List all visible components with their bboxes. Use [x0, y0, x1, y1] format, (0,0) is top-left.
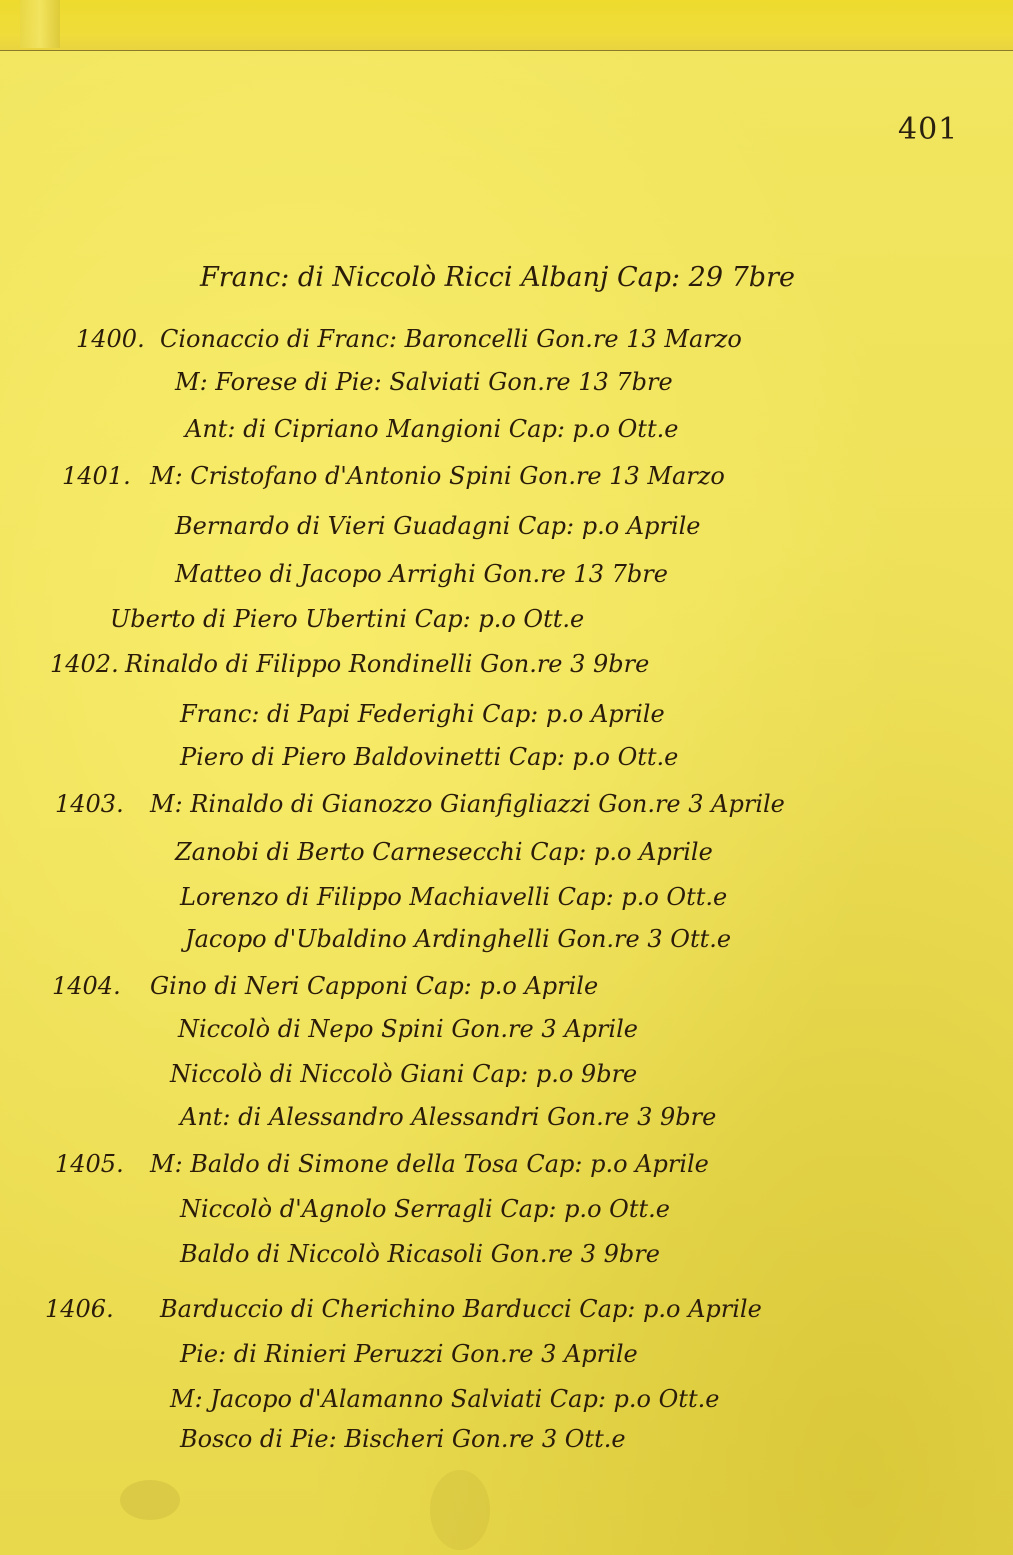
entry-year: 1401.	[62, 462, 131, 490]
entry-line: Ant: di Alessandro Alessandri Gon.re 3 9…	[180, 1103, 716, 1131]
entry-line: Niccolò di Niccolò Giani Cap: p.o 9bre	[170, 1060, 637, 1088]
section-heading: Franc: di Niccolò Ricci Albanj Cap: 29 7…	[200, 262, 795, 293]
entry-line: Niccolò di Nepo Spini Gon.re 3 Aprile	[178, 1015, 638, 1043]
entry-line: Gino di Neri Capponi Cap: p.o Aprile	[150, 972, 598, 1000]
ink-stain	[120, 1480, 180, 1520]
entry-line: Rinaldo di Filippo Rondinelli Gon.re 3 9…	[125, 650, 649, 678]
entry-line: Franc: di Papi Federighi Cap: p.o Aprile	[180, 700, 665, 728]
entry-line: Barduccio di Cherichino Barducci Cap: p.…	[160, 1295, 762, 1323]
entry-line: M: Jacopo d'Alamanno Salviati Cap: p.o O…	[170, 1385, 719, 1413]
entry-year: 1406.	[45, 1295, 114, 1323]
entry-line: Pie: di Rinieri Peruzzi Gon.re 3 Aprile	[180, 1340, 638, 1368]
entry-year: 1403.	[55, 790, 124, 818]
entry-year: 1404.	[52, 972, 121, 1000]
entry-line: Piero di Piero Baldovinetti Cap: p.o Ott…	[180, 743, 678, 771]
manuscript-page: 401 Franc: di Niccolò Ricci Albanj Cap: …	[0, 0, 1013, 1555]
entry-year: 1402.	[50, 650, 119, 678]
entry-line: Matteo di Jacopo Arrighi Gon.re 13 7bre	[175, 560, 668, 588]
entry-line: Cionaccio di Franc: Baroncelli Gon.re 13…	[160, 325, 742, 353]
ink-stain	[430, 1470, 490, 1550]
entry-year: 1400.	[76, 325, 145, 353]
entry-line: Jacopo d'Ubaldino Ardinghelli Gon.re 3 O…	[185, 925, 731, 953]
folio-number: 401	[898, 112, 958, 147]
entry-line: Bosco di Pie: Bischeri Gon.re 3 Ott.e	[180, 1425, 626, 1453]
entry-line: Baldo di Niccolò Ricasoli Gon.re 3 9bre	[180, 1240, 660, 1268]
binding-spine	[20, 0, 60, 48]
entry-line: Lorenzo di Filippo Machiavelli Cap: p.o …	[180, 883, 727, 911]
entry-line: Ant: di Cipriano Mangioni Cap: p.o Ott.e	[185, 415, 678, 443]
entry-line: M: Rinaldo di Gianozzo Gianfigliazzi Gon…	[150, 790, 785, 818]
entry-year: 1405.	[55, 1150, 124, 1178]
entry-line: M: Baldo di Simone della Tosa Cap: p.o A…	[150, 1150, 709, 1178]
entry-line: Bernardo di Vieri Guadagni Cap: p.o Apri…	[175, 512, 701, 540]
entry-line: M: Forese di Pie: Salviati Gon.re 13 7br…	[175, 368, 673, 396]
entry-line: Niccolò d'Agnolo Serragli Cap: p.o Ott.e	[180, 1195, 670, 1223]
entry-line: Zanobi di Berto Carnesecchi Cap: p.o Apr…	[175, 838, 713, 866]
torn-paper-edge	[0, 0, 1013, 51]
entry-line: Uberto di Piero Ubertini Cap: p.o Ott.e	[110, 605, 584, 633]
entry-line: M: Cristofano d'Antonio Spini Gon.re 13 …	[150, 462, 725, 490]
